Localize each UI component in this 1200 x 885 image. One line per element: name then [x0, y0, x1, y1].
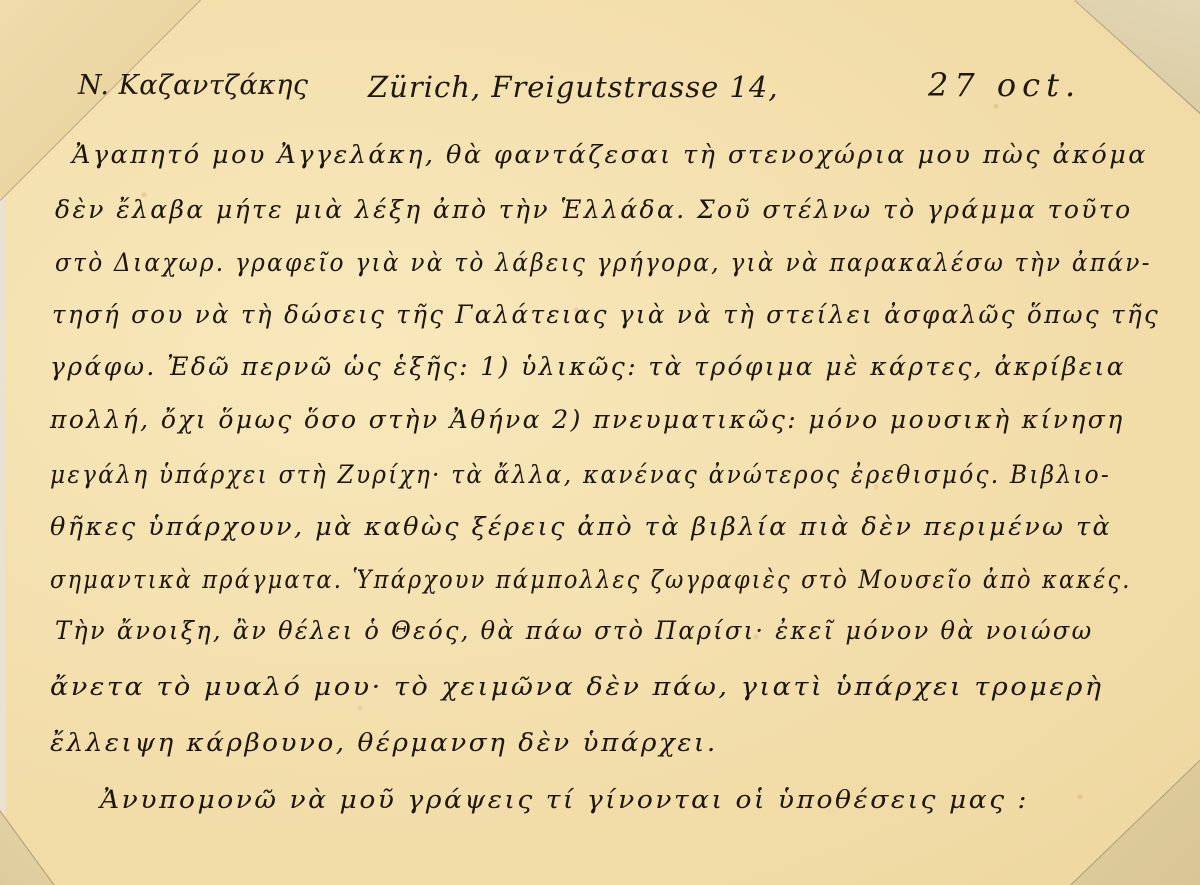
letter-line: ἄνετα τὸ μυαλό μου· τὸ χειμῶνα δὲν πάω, … — [50, 672, 1104, 701]
letter-page: N. Καζαντζάκης Zürich, Freigutstrasse 14… — [0, 0, 1200, 885]
letter-line: ἔλλειψη κάρβουνο, θέρμανση δὲν ὑπάρχει. — [50, 728, 718, 757]
letter-line: Τὴν ἄνοιξη, ἂν θέλει ὁ Θεός, θὰ πάω στὸ … — [55, 616, 1093, 645]
letter-line: τησή σου νὰ τὴ δώσεις τῆς Γαλάτειας γιὰ … — [52, 300, 1160, 329]
letter-line: Ἀγαπητό μου Ἀγγελάκη, θὰ φαντάζεσαι τὴ σ… — [72, 140, 1148, 169]
letter-line: μεγάλη ὑπάρχει στὴ Ζυρίχη· τὰ ἄλλα, κανέ… — [50, 460, 1111, 489]
letter-line: στὸ Διαχωρ. γραφεῖο γιὰ νὰ τὸ λάβεις γρή… — [55, 248, 1152, 277]
letter-line: θῆκες ὑπάρχουν, μὰ καθὼς ξέρεις ἀπὸ τὰ β… — [50, 512, 1112, 541]
letter-line: Ἀνυπομονῶ νὰ μοῦ γράψεις τί γίνονται οἱ … — [100, 785, 1029, 814]
letter-line: γράφω. Ἐδῶ περνῶ ὡς ἑξῆς: 1) ὑλικῶς: τὰ … — [50, 352, 1126, 381]
letter-line: σημαντικὰ πράγματα. Ὑπάρχουν πάμπολλες ζ… — [50, 565, 1132, 594]
letter-line: δὲν ἔλαβα μήτε μιὰ λέξη ἀπὸ τὴν Ἑλλάδα. … — [55, 195, 1133, 224]
letter-body: Ἀγαπητό μου Ἀγγελάκη, θὰ φαντάζεσαι τὴ σ… — [0, 0, 1200, 885]
letter-line: πολλή, ὄχι ὅμως ὅσο στὴν Ἀθήνα 2) πνευμα… — [50, 405, 1125, 434]
